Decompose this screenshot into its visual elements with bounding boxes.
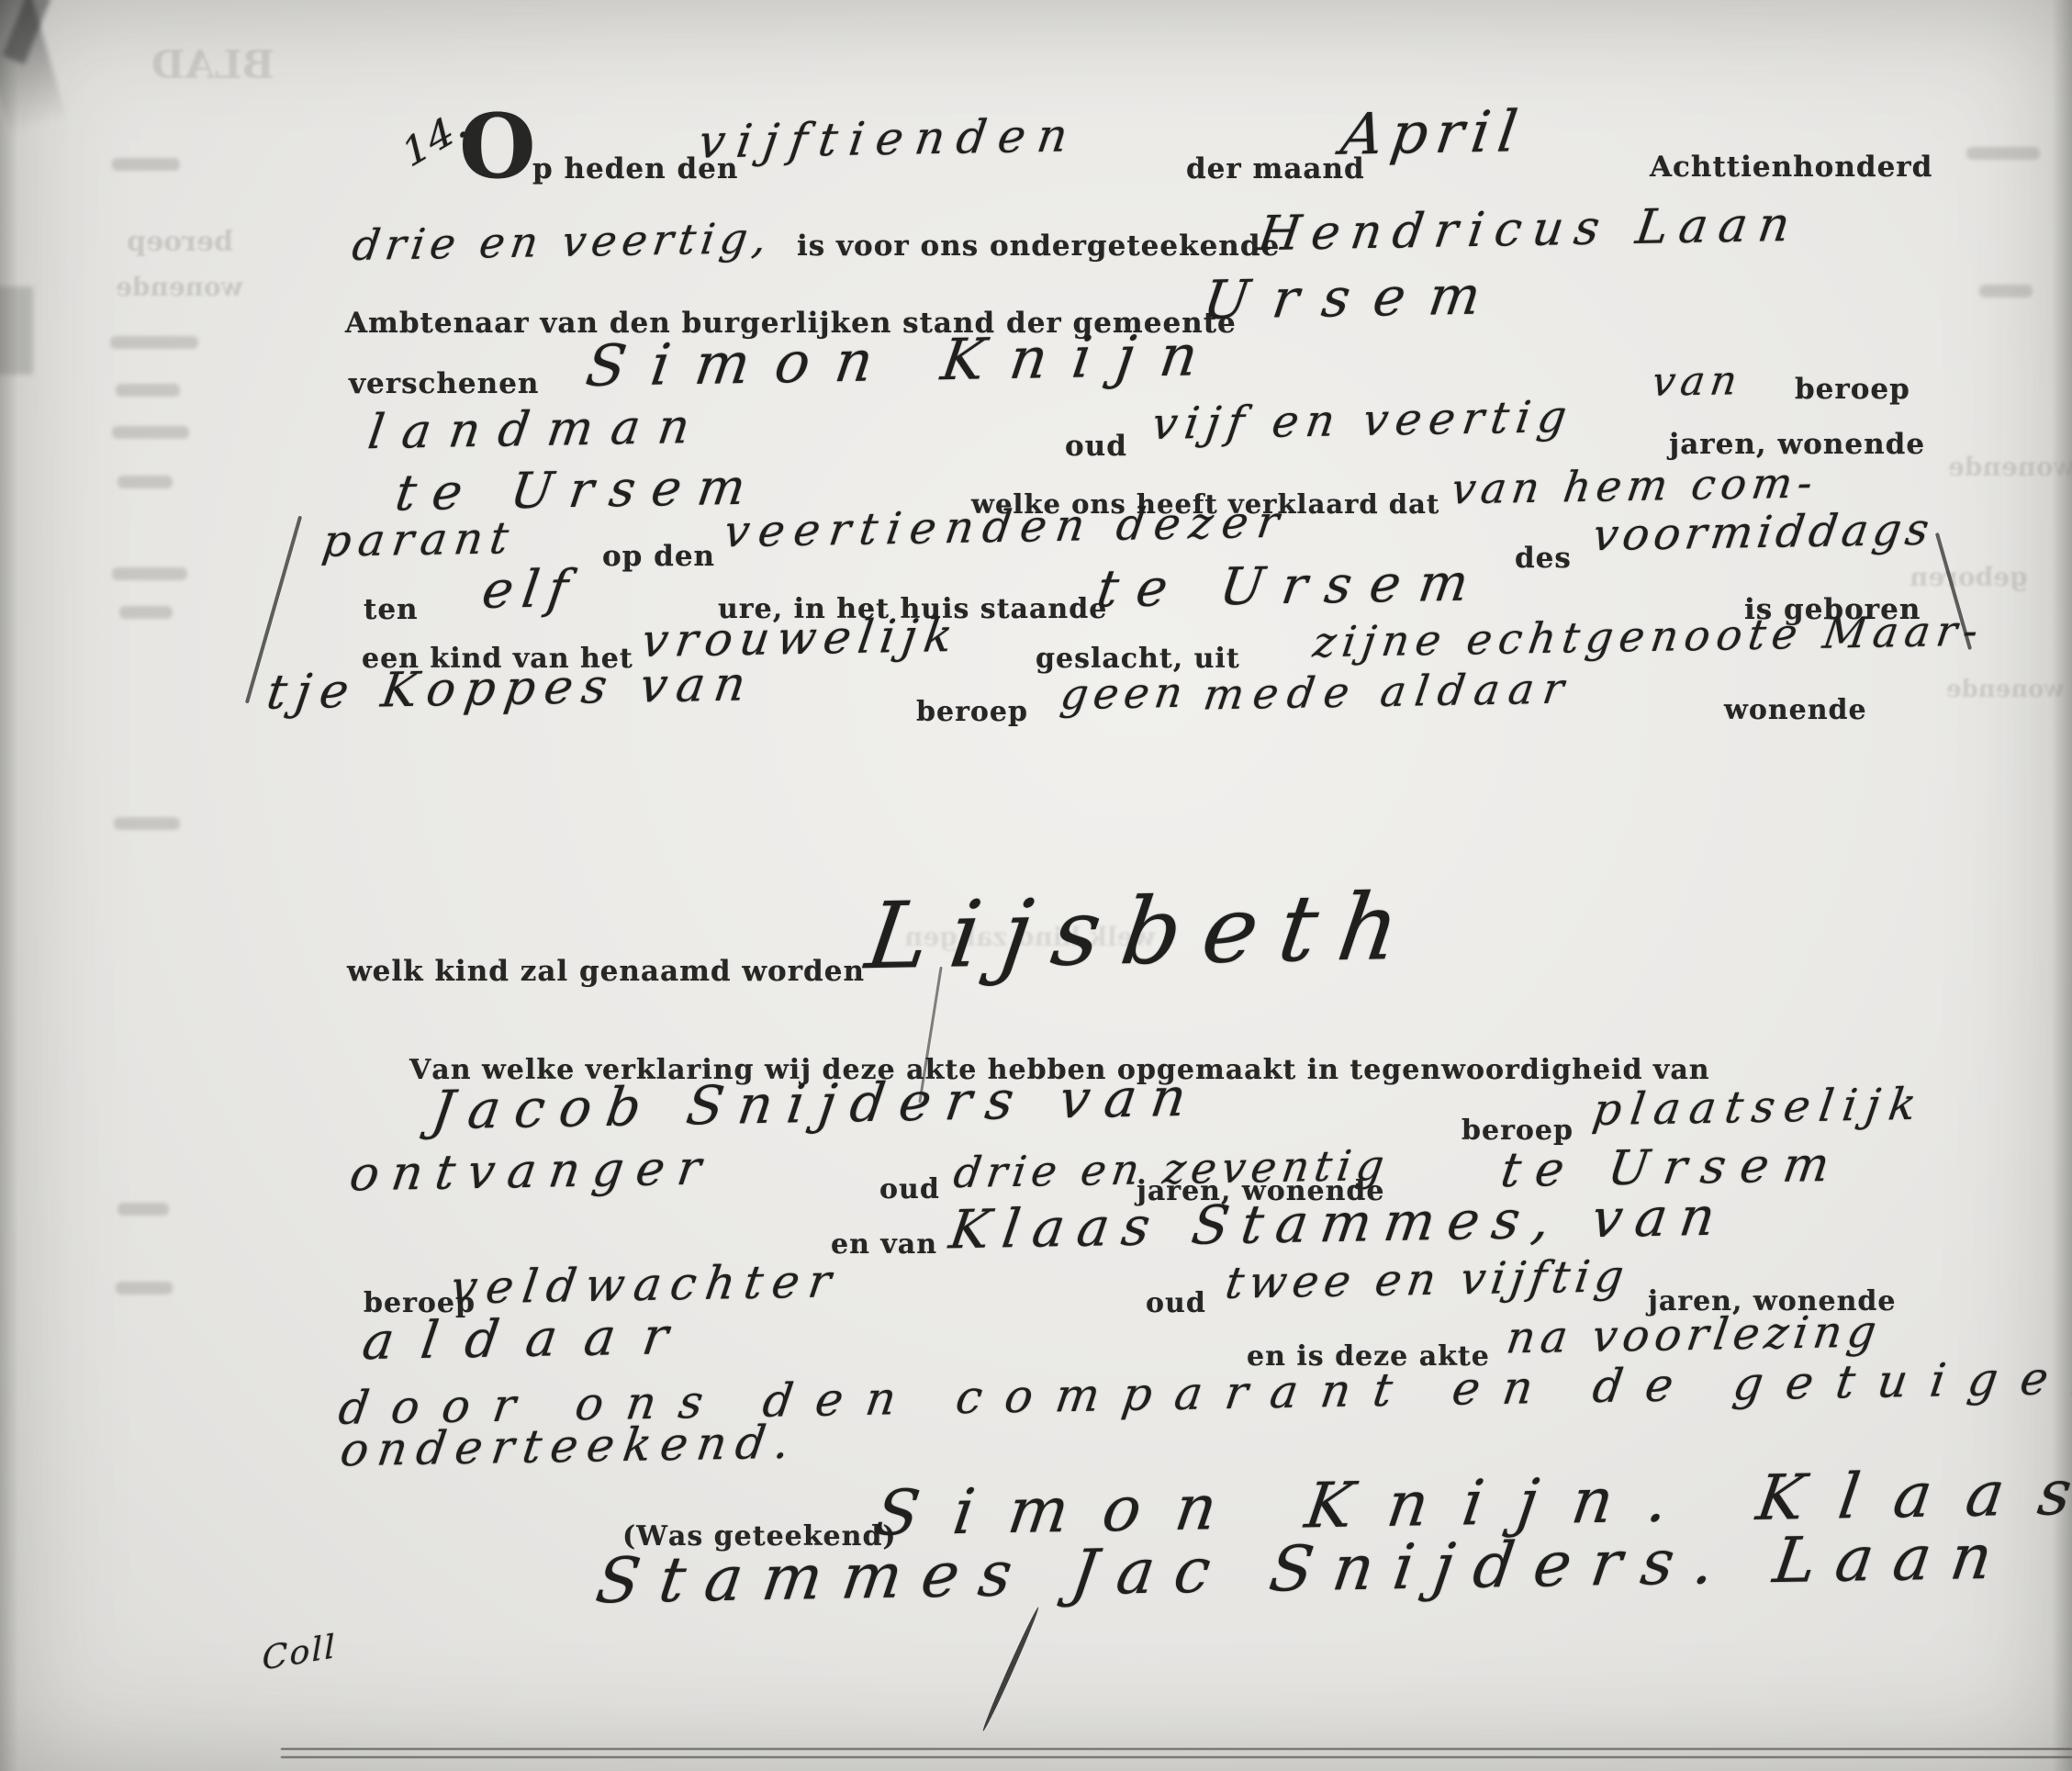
- handwritten-declarant-name: Simon Knijn: [582, 321, 1227, 399]
- bleedthrough-bar: [118, 1203, 169, 1216]
- handwritten-w1-occupation2: ontvanger: [346, 1141, 717, 1203]
- handwritten-witness2-name: Klaas Stammes, van: [946, 1185, 1731, 1261]
- printed-wonende: wonende: [1724, 694, 1867, 726]
- handwritten-child-name: Lijsbeth: [860, 873, 1428, 990]
- bleedthrough-bar: [114, 817, 180, 830]
- handwritten-month: April: [1338, 97, 1530, 167]
- handwritten-birth-place: te Ursem: [1093, 553, 1491, 619]
- handwritten-registrar-name: Hendricus Laan: [1255, 197, 1804, 262]
- scanned-birth-record-page: BLAD beroep wonende wonende geboren wone…: [0, 0, 2072, 1771]
- printed-verschenen: verschenen: [349, 367, 539, 400]
- page-bottom-rule: [281, 1756, 2072, 1758]
- bleedthrough-bar: [112, 158, 180, 171]
- pen-flourish-stroke: [980, 1606, 1041, 1732]
- handwritten-hour: elf: [478, 559, 580, 621]
- left-edge-shading: [0, 0, 18, 1771]
- bleedthrough-bar: [116, 384, 180, 397]
- bleedthrough-word: beroep: [127, 226, 233, 258]
- bleedthrough-word: geboren: [1910, 562, 2028, 592]
- handwritten-declarant-occupation: landman: [364, 399, 711, 460]
- handwritten-year: drie en veertig,: [350, 213, 776, 270]
- handwritten-mother-occupation: geen: [1058, 667, 1191, 719]
- handwritten-gemeente: Ursem: [1200, 263, 1508, 331]
- handwritten-parant: parant: [319, 512, 520, 567]
- handwritten-w2-residence: aldaar: [359, 1306, 700, 1372]
- bleedthrough-bar: [119, 606, 173, 619]
- bleedthrough-word: wonende: [1946, 676, 2065, 703]
- page-bottom-rule: [281, 1748, 2072, 1750]
- bleedthrough-word: wonende: [116, 272, 243, 302]
- printed-oud: oud: [1065, 430, 1127, 463]
- handwritten-mede-aldaar: mede aldaar: [1201, 664, 1576, 720]
- handwritten-mother-part1: zijne echtgenoote Maar-: [1310, 606, 1988, 667]
- handwritten-voormiddags: voormiddags: [1590, 504, 1937, 561]
- handwritten-w2-occupation: veldwachter: [447, 1254, 844, 1314]
- printed-achttienhonderd: Achttienhonderd: [1650, 151, 1932, 184]
- bleedthrough-bar: [110, 336, 198, 349]
- printed-op-den: op den: [602, 540, 715, 573]
- handwritten-declarant-residence: te Ursem: [392, 458, 766, 522]
- bleedthrough-bar: [112, 567, 187, 580]
- left-edge-blotch: [0, 286, 33, 375]
- drop-cap-O: O: [459, 103, 537, 191]
- printed-jaren-wonende: jaren, wonende: [1669, 428, 1925, 461]
- handwritten-ondertekening-line2: onderteekend.: [337, 1416, 802, 1477]
- printed-beroep: beroep: [1795, 373, 1910, 406]
- printed-voor-ons-ondergeteekende: is voor ons ondergeteekende: [797, 230, 1280, 263]
- bleedthrough-bar: [1966, 147, 2040, 160]
- handwritten-birth-day: veertienden dezer: [721, 497, 1291, 558]
- bleedthrough-word: wonende: [1948, 452, 2072, 482]
- printed-ten: ten: [364, 593, 419, 626]
- handwritten-declarant-age: vijf en veertig: [1148, 391, 1576, 450]
- handwritten-witness1-name: Jacob Snijders van: [428, 1066, 1204, 1142]
- handwritten-w1-occupation1: plaatselijk: [1590, 1079, 1929, 1136]
- handwritten-coll-annotation: Coll: [262, 1628, 337, 1677]
- bleedthrough-bar: [1979, 285, 2033, 297]
- printed-en-van: en van: [831, 1228, 937, 1261]
- bleedthrough-bar: [116, 1282, 173, 1295]
- handwritten-day: vijftienden: [695, 108, 1082, 168]
- bleedthrough-bar: [118, 476, 173, 488]
- bleedthrough-bar: [112, 426, 189, 439]
- printed-beroep-mother: beroep: [916, 696, 1028, 728]
- printed-w2-oud: oud: [1146, 1287, 1206, 1319]
- handwritten-mother-part2: tje Koppes van: [263, 656, 758, 720]
- bleedthrough-word: BLAD: [151, 42, 274, 87]
- printed-welk-kind: welk kind zal genaamd worden: [347, 955, 865, 988]
- handwritten-van: van: [1649, 357, 1745, 406]
- handwritten-w2-age: twee en vijftig: [1222, 1250, 1632, 1309]
- handwritten-van-hem-com: van hem com-: [1449, 458, 1821, 514]
- printed-w1-oud: oud: [879, 1173, 940, 1205]
- printed-des: des: [1515, 542, 1572, 575]
